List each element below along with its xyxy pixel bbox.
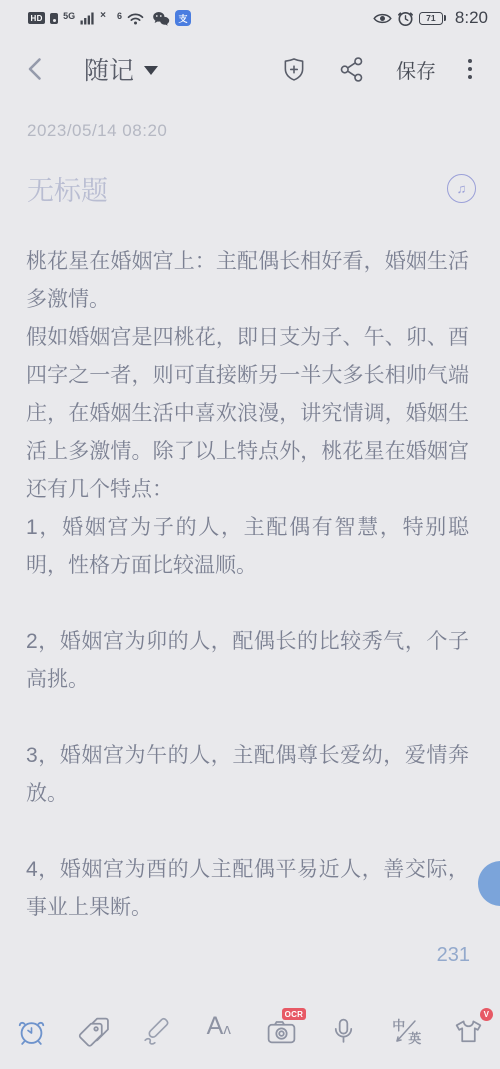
battery-icon: 71 [419,12,443,25]
battery-percent: 71 [426,13,435,23]
eye-comfort-icon [373,12,392,25]
reminder-button[interactable] [0,993,63,1069]
note-paragraph [26,699,469,737]
music-note-icon: ♫ [457,182,467,195]
note-paragraph: 4，婚姻宫为酉的人主配偶平易近人，善交际，事业上果断。 [26,851,469,927]
hd-icon: HD [28,12,45,24]
header: 随记 保存 [0,32,500,106]
share-button[interactable] [339,56,364,83]
doodle-button[interactable] [125,993,188,1069]
note-paragraph: 1，婚姻宫为子的人，主配偶有智慧，特别聪明，性格方面比较温顺。 [26,509,469,585]
note-paragraph [26,813,469,851]
microphone-icon [327,1015,360,1048]
voice-input-button[interactable] [313,993,376,1069]
paintbrush-icon [140,1015,173,1048]
clock-time: 8:20 [455,8,488,28]
note-paragraph: 3，婚姻宫为午的人，主配偶尊长爱幼，爱情奔放。 [26,737,469,813]
title-row: 无标题 ♫ [27,168,476,208]
header-actions: 保存 [281,55,472,84]
notes-app-screen: HD 5G × 6 [0,0,500,1069]
camera-ocr-button[interactable]: OCR [250,993,313,1069]
note-datetime: 2023/05/14 08:20 [27,121,167,141]
floating-ball-handle[interactable] [478,861,500,906]
status-left-cluster: HD 5G × 6 [28,10,191,26]
shield-plus-icon [281,55,307,83]
ocr-badge: OCR [282,1008,307,1020]
back-chevron-icon [24,56,46,82]
note-paragraph: 2，婚姻宫为卯的人，配偶长的比较秀气，个子高挑。 [26,623,469,699]
notebook-name: 随记 [84,51,134,87]
alarm-clock-icon [15,1015,48,1048]
sim-card-icon [50,13,58,24]
notebook-selector[interactable]: 随记 [84,51,158,87]
network-type-label: 5G [63,11,75,21]
translate-button[interactable]: 中 英 [375,993,438,1069]
tags-button[interactable] [63,993,126,1069]
alipay-icon: 支 [175,10,191,26]
save-button[interactable]: 保存 [396,55,436,84]
char-count: 231 [437,944,470,967]
status-right-cluster: 71 8:20 [373,8,488,28]
note-body-editor[interactable]: 桃花星在婚姻宫上：主配偶长相好看，婚姻生活多激情。假如婚姻宫是四桃花，即日支为子… [26,243,469,927]
tags-icon [77,1015,110,1048]
more-menu-button[interactable] [468,59,472,79]
tshirt-icon [452,1015,485,1048]
sim2-no-service-icon: × [100,10,106,21]
wifi6-label: 6 [117,11,122,21]
back-button[interactable] [24,56,46,82]
secure-note-button[interactable] [281,55,307,83]
theme-skin-button[interactable]: V [438,993,500,1069]
chevron-down-icon [144,66,158,75]
signal-strength-icon [80,12,95,25]
alarm-status-icon [397,10,414,27]
editor-toolbar: Aᴧ OCR [0,993,500,1069]
kebab-icon [468,59,472,79]
note-paragraph [26,585,469,623]
text-format-button[interactable]: Aᴧ [188,993,251,1069]
note-paragraph: 假如婚姻宫是四桃花，即日支为子、午、卯、酉四字之一者，则可直接断另一半大多长相帅… [26,319,469,509]
vip-badge: V [480,1008,493,1021]
status-bar: HD 5G × 6 [0,0,500,32]
add-music-button[interactable]: ♫ [447,174,476,203]
wechat-icon [152,11,170,26]
note-title-input[interactable]: 无标题 [27,169,108,208]
wifi-icon [127,12,144,25]
translate-icon: 中 英 [390,1015,422,1047]
note-paragraph: 桃花星在婚姻宫上：主配偶长相好看，婚姻生活多激情。 [26,243,469,319]
share-icon [339,56,364,83]
font-icon: Aᴧ [202,1014,236,1048]
